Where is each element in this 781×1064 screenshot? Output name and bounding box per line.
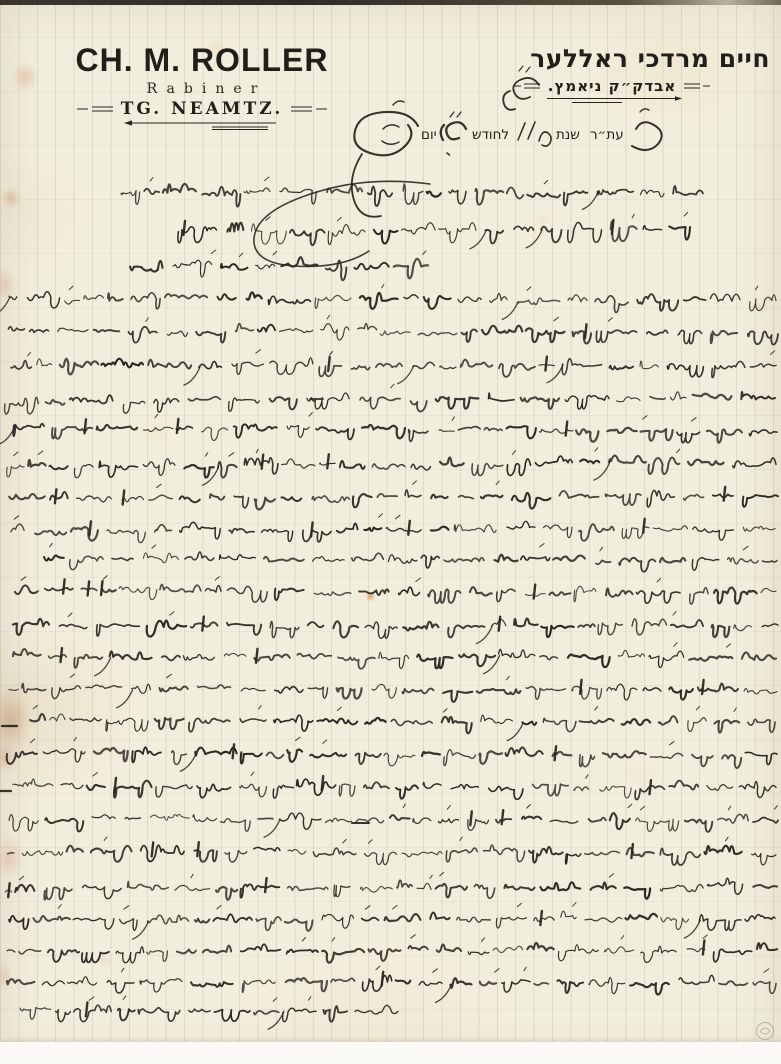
letterhead-hebrew-name: חיים מרדכי ראללער [490,44,770,73]
letterhead-city: TG. NEAMTZ. [121,99,284,119]
date-word-year: שנת [556,127,580,143]
stain [0,958,12,992]
dash-ornament-left-icon [77,105,113,113]
letterhead-right: חיים מרדכי ראללער אבדק״ק ניאמץ. [490,44,770,105]
underline-ornament-hebrew-icon [542,96,682,105]
underline-ornament-icon [124,120,280,131]
stain [140,420,170,446]
letterhead-name: CH. M. ROLLER [52,42,352,79]
letterhead-left: CH. M. ROLLER Rabiner TG. NEAMTZ. [52,42,352,131]
letter-page: CH. M. ROLLER Rabiner TG. NEAMTZ. חיים מ… [0,0,781,1064]
letterhead-subtitle: Rabiner [52,81,352,97]
paper-aging-tint [0,0,781,1064]
stain [0,742,18,772]
stain [0,836,24,880]
letterhead-city-row: TG. NEAMTZ. [52,99,352,119]
stain [366,592,375,601]
stain [536,214,548,226]
letterhead-hebrew-title: אבדק״ק ניאמץ. [548,77,676,95]
stamp-mark-icon [752,1018,778,1044]
stain [620,760,660,790]
handwriting-layer [0,0,781,1064]
ruled-paper-grid [0,0,781,1064]
date-word-day: יום [421,127,437,143]
scan-edge-bottom [0,1042,781,1064]
torn-top-edge [0,0,781,5]
stain [0,688,30,752]
stain [12,62,38,92]
letterhead-hebrew-title-row: אבדק״ק ניאמץ. [472,77,752,95]
date-word-month: לחודש [472,127,509,143]
stain [0,268,16,302]
stain [755,300,767,312]
stain [2,188,20,208]
date-word-year-value: עת״ר [590,127,624,143]
stain [96,952,112,968]
dash-ornament-hebrew-right-icon [684,82,710,90]
dash-ornament-right-icon [291,105,327,113]
dash-ornament-hebrew-left-icon [514,82,540,90]
